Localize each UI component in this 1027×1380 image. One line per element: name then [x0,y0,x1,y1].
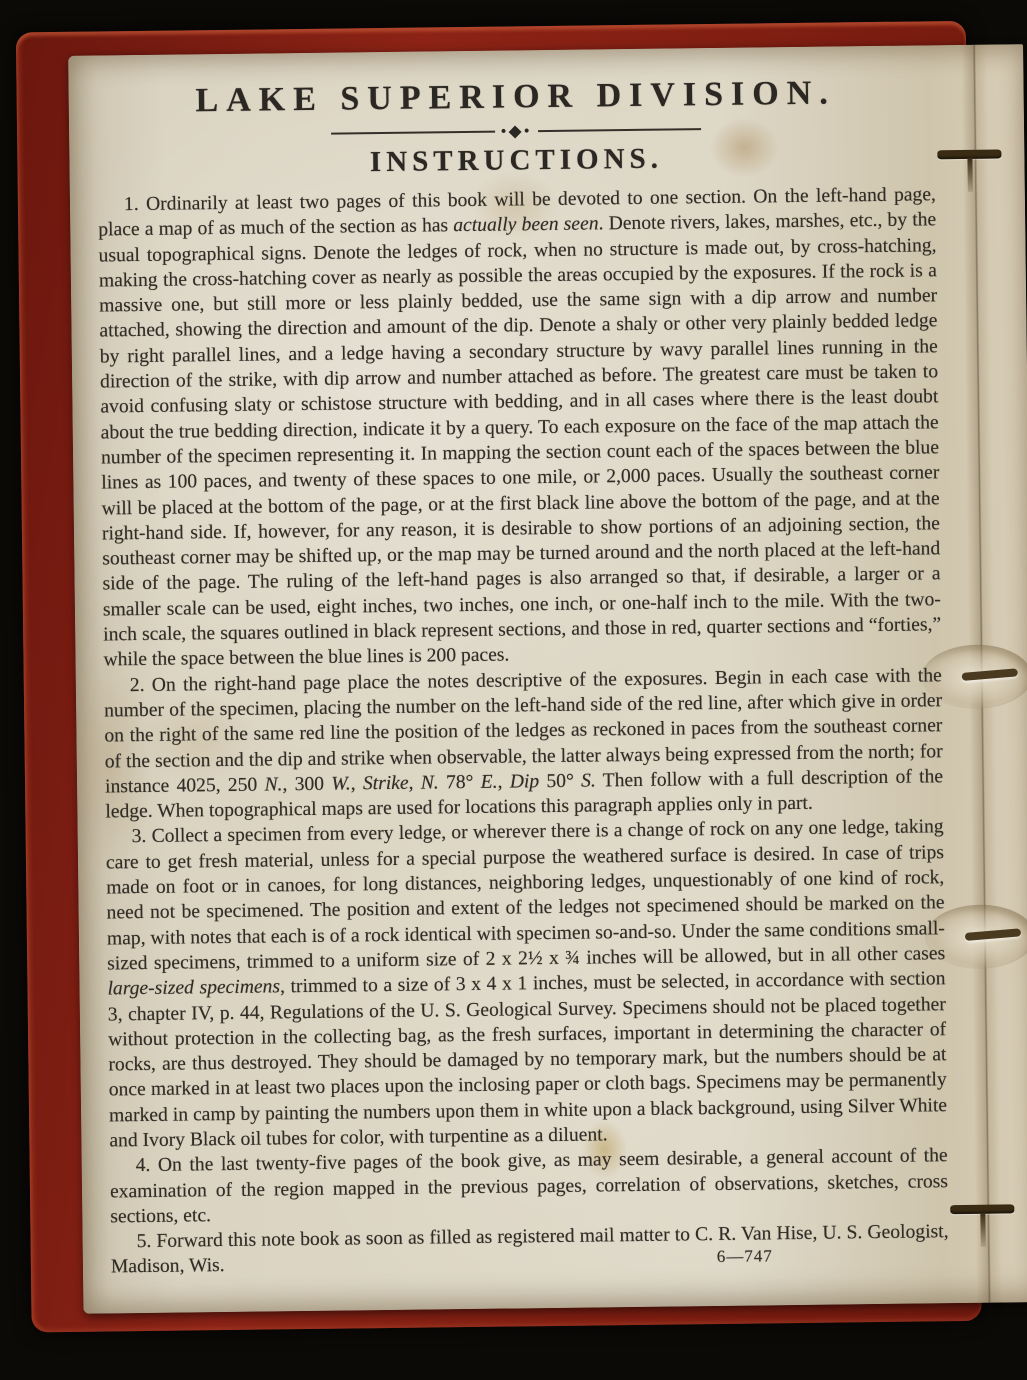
instructions-text: 1. Ordinarily at least two pages of this… [98,182,949,1280]
instruction-paragraph-3: 3. Collect a specimen from every ledge, … [106,815,948,1154]
page-title: LAKE SUPERIOR DIVISION. [96,73,934,121]
stitch-thread [967,158,972,192]
stitch-thread [962,668,1018,681]
instruction-paragraph-5: 5. Forward this note book as soon as fil… [110,1219,949,1280]
title-divider: •◆• [331,124,701,139]
divider-rule [538,128,702,132]
divider-diamond-ornament: •◆• [495,126,538,137]
stitch-thread [980,1213,985,1247]
page-number: 6—747 [717,1244,773,1270]
page-content: LAKE SUPERIOR DIVISION. •◆• INSTRUCTIONS… [96,73,949,1280]
instruction-paragraph-1: 1. Ordinarily at least two pages of this… [98,182,942,673]
instruction-paragraph-2: 2. On the right-hand page place the note… [104,663,944,825]
page-subtitle: INSTRUCTIONS. [97,139,935,182]
instruction-paragraph-4: 4. On the last twenty-five pages of the … [110,1143,949,1229]
notebook-page: LAKE SUPERIOR DIVISION. •◆• INSTRUCTIONS… [68,44,1027,1314]
stitch-thread [965,928,1021,941]
notebook: LAKE SUPERIOR DIVISION. •◆• INSTRUCTIONS… [0,0,1027,1380]
divider-rule [331,131,495,135]
